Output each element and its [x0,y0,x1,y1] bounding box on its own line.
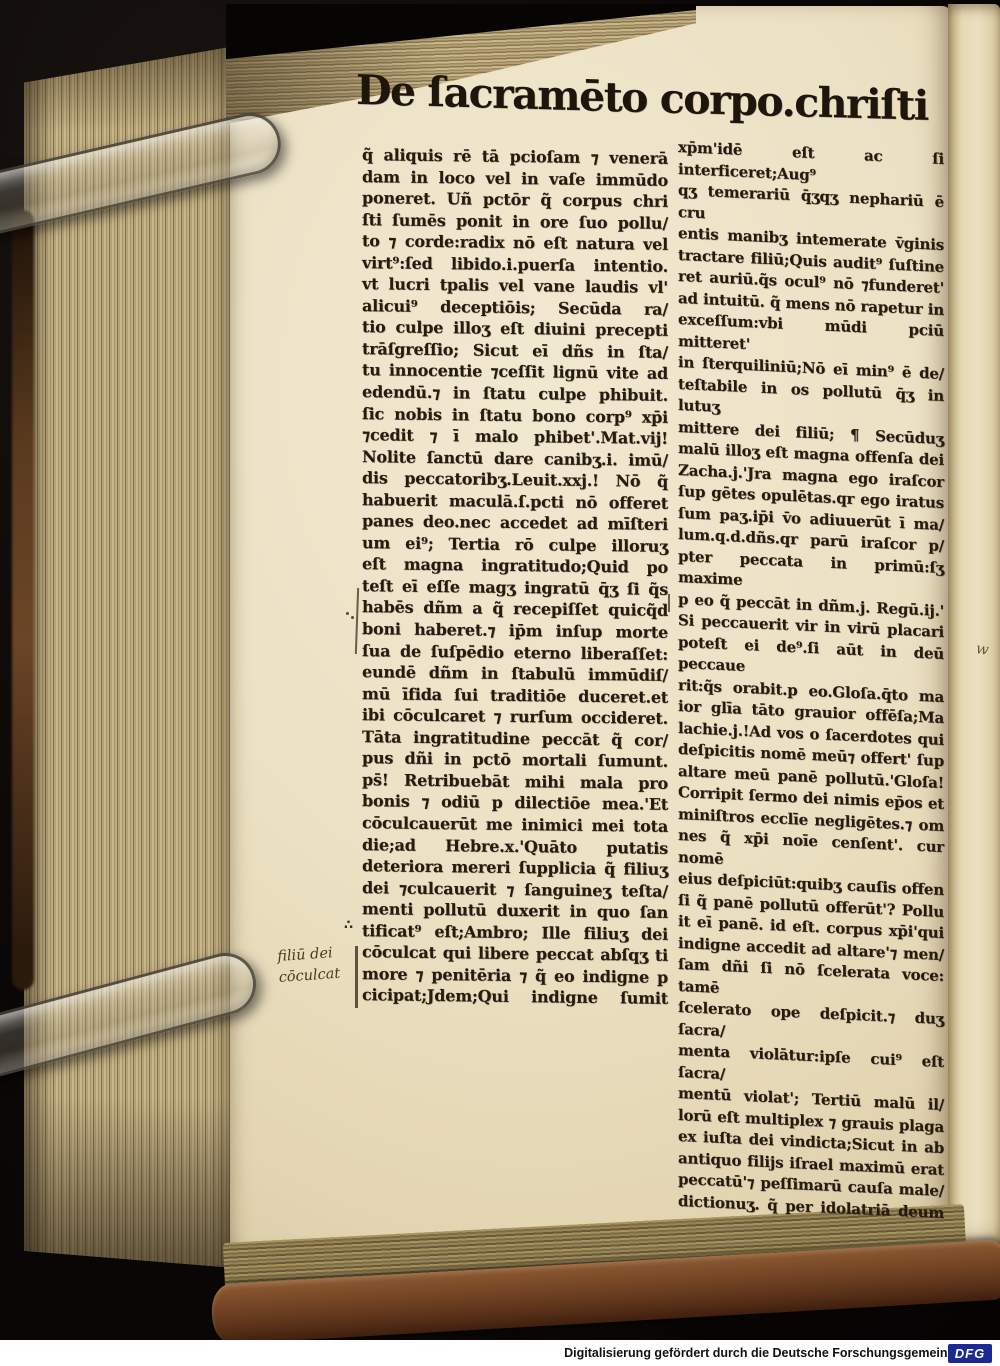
credit-text: Digitalisierung gefördert durch die Deut… [564,1346,992,1360]
text-line: edendū.⁊ in ſtatu culpe phibuit. [362,381,668,406]
text-column-left: q̃ aliquis rē tā pcioſam ⁊ venerādam in … [362,144,668,1010]
margin-mark-dot [351,616,354,619]
right-margin-mark: w [975,639,990,659]
next-page-edge [948,4,1000,1248]
text-line: deteriora mereri ſupplicia q̃ filiuʒ [362,855,668,880]
margin-mark-bar [668,594,670,612]
margin-mark-bar [355,946,358,1008]
margin-mark-dot [346,612,349,615]
text-line: cōculcauerūt me inimici mei tota [362,812,668,837]
digitization-credit-bar: Digitalisierung gefördert durch die Deut… [0,1340,1000,1366]
text-column-right: xp̄m'idē eſt ac ſi interficeret;Aug⁹qʒ t… [678,137,944,1224]
text-line: boni haberet.⁊ ip̄m inſup morte [362,618,668,643]
handwritten-marginal-note: filiū dei cōculcat [277,941,366,989]
fore-edge-page-stack [24,46,236,1268]
dfg-logo: DFG [948,1344,992,1363]
text-line: cicipat;Jdem;Qui indigne ſumit [362,984,668,1009]
margin-mark-triangle: ∴ [344,918,353,933]
book-scan-photo: De ſacramēto corpo.chriſti q̃ aliquis rē… [0,0,1000,1366]
cover-board-edge [12,210,34,990]
text-line: q̃ aliquis rē tā pcioſam ⁊ venerā [362,144,668,169]
